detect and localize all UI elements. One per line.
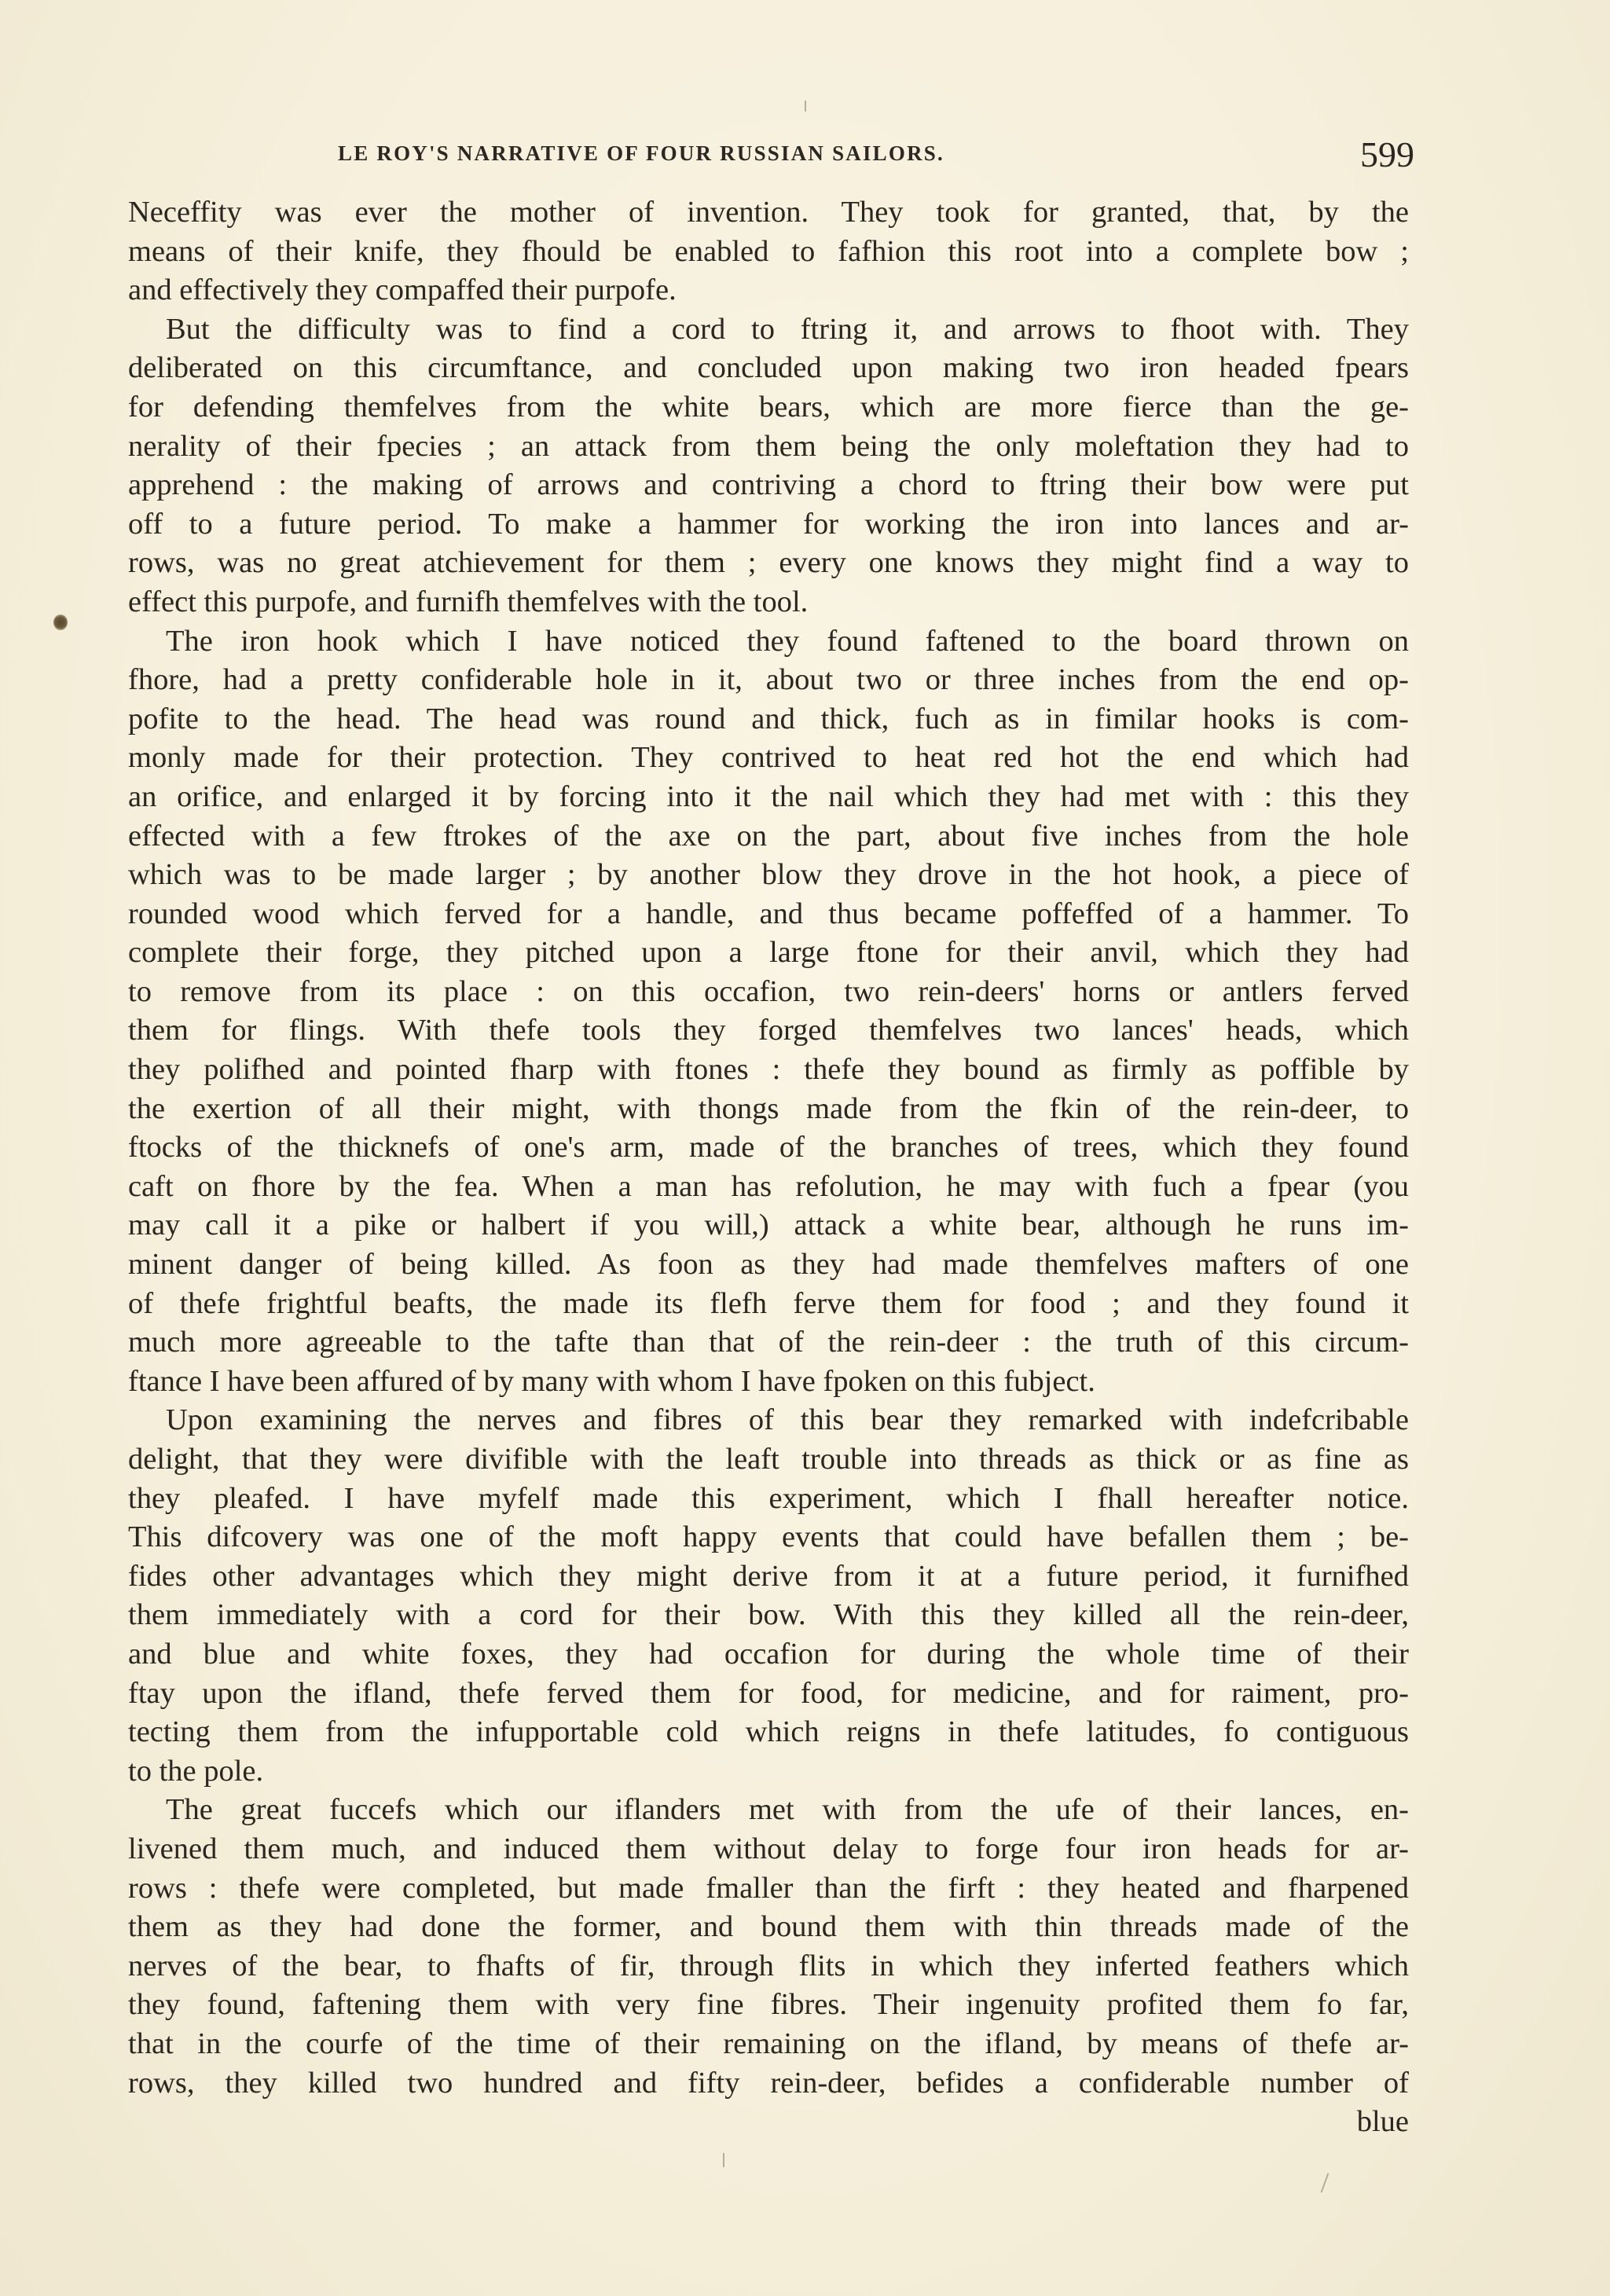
running-title: LE ROY'S NARRATIVE OF FOUR RUSSIAN SAILO… [338, 141, 944, 166]
text-line: monly made for their protection. They co… [128, 739, 1409, 778]
page-number: 599 [1360, 134, 1414, 175]
text-line: and effectively they compaffed their pur… [128, 271, 1409, 310]
text-line: rounded wood which ferved for a handle, … [128, 895, 1409, 934]
text-line: to the pole. [128, 1752, 1409, 1792]
text-line: deliberated on this circumftance, and co… [128, 349, 1409, 388]
running-head: LE ROY'S NARRATIVE OF FOUR RUSSIAN SAILO… [338, 134, 1438, 181]
text-line: of thefe frightful beafts, the made its … [128, 1285, 1409, 1324]
text-line: ftance I have been affured of by many wi… [128, 1363, 1409, 1402]
text-line: much more agreeable to the tafte than th… [128, 1323, 1409, 1363]
text-line: they pleafed. I have myfelf made this ex… [128, 1480, 1409, 1519]
body-text: Neceffity was ever the mother of inventi… [128, 193, 1409, 2142]
stray-mark [723, 2153, 724, 2167]
text-line: that in the courfe of the time of their … [128, 2025, 1409, 2064]
text-line: them for flings. With thefe tools they f… [128, 1011, 1409, 1051]
text-line: This difcovery was one of the moft happy… [128, 1518, 1409, 1557]
text-line: they polifhed and pointed fharp with fto… [128, 1051, 1409, 1090]
text-line: complete their forge, they pitched upon … [128, 933, 1409, 973]
text-line: them immediately with a cord for their b… [128, 1596, 1409, 1635]
paragraph-start: The iron hook which I have noticed they … [128, 622, 1409, 662]
text-line: nerves of the bear, to fhafts of fir, th… [128, 1947, 1409, 1986]
paragraph-start: The great fuccefs which our iflanders me… [128, 1791, 1409, 1830]
text-line: the exertion of all their might, with th… [128, 1090, 1409, 1129]
paragraph-start: But the difficulty was to find a cord to… [128, 310, 1409, 350]
text-line: means of their knife, they fhould be ena… [128, 233, 1409, 272]
text-line: tecting them from the infupportable cold… [128, 1713, 1409, 1752]
text-line: Neceffity was ever the mother of inventi… [128, 193, 1409, 233]
text-line: rows, was no great atchievement for them… [128, 544, 1409, 583]
stray-mark [805, 101, 806, 112]
text-line: livened them much, and induced them with… [128, 1830, 1409, 1869]
text-line: fides other advantages which they might … [128, 1557, 1409, 1597]
text-line: fhore, had a pretty confiderable hole in… [128, 661, 1409, 700]
text-line: delight, that they were divifible with t… [128, 1440, 1409, 1480]
catchword: blue [128, 2103, 1409, 2142]
text-line: effect this purpofe, and furnifh themfel… [128, 583, 1409, 622]
text-line: caft on fhore by the fea. When a man has… [128, 1168, 1409, 1207]
text-line: and blue and white foxes, they had occaf… [128, 1635, 1409, 1674]
text-line: to remove from its place : on this occaf… [128, 973, 1409, 1012]
text-line: minent danger of being killed. As foon a… [128, 1245, 1409, 1285]
ink-spot-mark [53, 614, 68, 630]
text-line: them as they had done the former, and bo… [128, 1908, 1409, 1947]
text-line: ftay upon the ifland, thefe ferved them … [128, 1674, 1409, 1714]
text-line: effected with a few ftrokes of the axe o… [128, 817, 1409, 856]
text-line: pofite to the head. The head was round a… [128, 700, 1409, 739]
text-line: may call it a pike or halbert if you wil… [128, 1206, 1409, 1245]
text-line: which was to be made larger ; by another… [128, 856, 1409, 895]
text-line: for defending themfelves from the white … [128, 388, 1409, 427]
text-line: an orifice, and enlarged it by forcing i… [128, 778, 1409, 817]
text-line: rows, they killed two hundred and fifty … [128, 2064, 1409, 2103]
paragraph-start: Upon examining the nerves and fibres of … [128, 1401, 1409, 1440]
text-line: they found, faftening them with very fin… [128, 1986, 1409, 2025]
text-line: off to a future period. To make a hammer… [128, 505, 1409, 545]
text-line: nerality of their fpecies ; an attack fr… [128, 427, 1409, 467]
text-line: rows : thefe were completed, but made fm… [128, 1869, 1409, 1909]
text-line: apprehend : the making of arrows and con… [128, 466, 1409, 505]
text-line: ftocks of the thicknefs of one's arm, ma… [128, 1128, 1409, 1168]
